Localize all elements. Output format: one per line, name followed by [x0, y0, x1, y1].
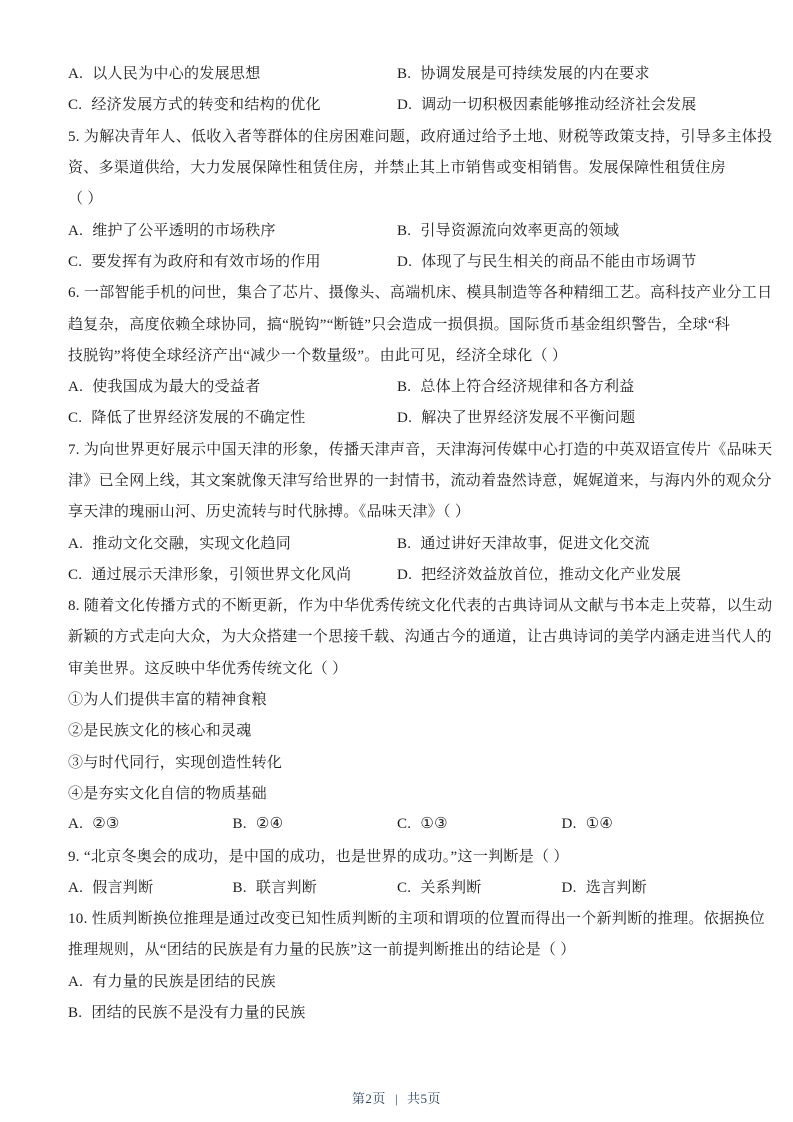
option-a: A.推动文化交融，实现文化趋同 [68, 532, 397, 553]
options-row: A.使我国成为最大的受益者B.总体上符合经济规律和各方利益 [68, 370, 726, 401]
option-text: ①③ [420, 816, 448, 832]
option-text: 选言判断 [586, 880, 647, 896]
option-text: 把经济效益放首位，推动文化产业发展 [421, 567, 681, 583]
question-text-line: 审美世界。这反映中华优秀传统文化（ ） [68, 652, 726, 683]
option-b: B.总体上符合经济规律和各方利益 [397, 375, 726, 396]
option-d: D.把经济效益放首位，推动文化产业发展 [397, 563, 726, 584]
options-row: A.维护了公平透明的市场秩序B.引导资源流向效率更高的领域 [68, 213, 726, 244]
options-row: A.推动文化交融，实现文化趋同B.通过讲好天津故事，促进文化交流 [68, 526, 726, 557]
option-label: A. [68, 816, 83, 832]
option-text: 调动一切积极因素能够推动经济社会发展 [421, 97, 696, 113]
option-text: 要发挥有为政府和有效市场的作用 [91, 254, 321, 270]
option-label: C. [397, 816, 411, 832]
option-d: D.调动一切积极因素能够推动经济社会发展 [397, 93, 726, 114]
question-text-line: 资、多渠道供给，大力发展保障性租赁住房，并禁止其上市销售或变相销售。发展保障性租… [68, 151, 726, 182]
option-text: 引导资源流向效率更高的领域 [420, 223, 619, 239]
option-a: A.有力量的民族是团结的民族 [68, 970, 726, 991]
option-label: D. [562, 816, 577, 832]
option-label: D. [397, 567, 412, 583]
option-a: A.使我国成为最大的受益者 [68, 375, 397, 396]
option-d: D.体现了与民生相关的商品不能由市场调节 [397, 250, 726, 271]
options-row: A.②③B.②④C.①③D.①④ [68, 808, 726, 839]
option-c: C.关系判断 [397, 876, 562, 897]
option-text: 假言判断 [92, 880, 153, 896]
option-text: 以人民为中心的发展思想 [92, 66, 260, 82]
option-b: B.②④ [233, 814, 398, 833]
option-text: ②④ [256, 816, 284, 832]
question-text-line: （ ） [68, 182, 726, 213]
option-label: B. [397, 536, 411, 552]
option-label: B. [68, 1005, 82, 1021]
option-b: B.协调发展是可持续发展的内在要求 [397, 62, 726, 83]
option-text: 团结的民族不是没有力量的民族 [91, 1005, 305, 1021]
option-label: A. [68, 536, 83, 552]
option-label: D. [562, 880, 577, 896]
footer-page-number: 第2页 [352, 1091, 386, 1106]
option-label: A. [68, 223, 83, 239]
option-text: 有力量的民族是团结的民族 [92, 974, 276, 990]
options-row: A.有力量的民族是团结的民族 [68, 965, 726, 996]
option-text: 推动文化交融，实现文化趋同 [92, 536, 291, 552]
option-b: B.团结的民族不是没有力量的民族 [68, 1001, 726, 1022]
option-label: C. [68, 410, 82, 426]
exam-questions-content: A.以人民为中心的发展思想B.协调发展是可持续发展的内在要求C.经济发展方式的转… [68, 57, 726, 1027]
option-label: C. [397, 880, 411, 896]
option-text: ②③ [92, 816, 120, 832]
option-text: 使我国成为最大的受益者 [92, 379, 260, 395]
option-d: D.①④ [562, 814, 727, 833]
option-label: B. [397, 66, 411, 82]
option-text: 协调发展是可持续发展的内在要求 [420, 66, 650, 82]
option-text: 总体上符合经济规律和各方利益 [420, 379, 634, 395]
options-row: B.团结的民族不是没有力量的民族 [68, 996, 726, 1027]
options-row: C.降低了世界经济发展的不确定性D.解决了世界经济发展不平衡问题 [68, 401, 726, 432]
option-a: A.以人民为中心的发展思想 [68, 62, 397, 83]
option-a: A.假言判断 [68, 876, 233, 897]
options-row: C.通过展示天津形象，引领世界文化风尚D.把经济效益放首位，推动文化产业发展 [68, 558, 726, 589]
options-row: A.假言判断B.联言判断C.关系判断D.选言判断 [68, 871, 726, 902]
option-b: B.联言判断 [233, 876, 398, 897]
option-c: C.经济发展方式的转变和结构的优化 [68, 93, 397, 114]
option-label: A. [68, 379, 83, 395]
option-label: C. [68, 254, 82, 270]
option-label: A. [68, 974, 83, 990]
option-text: 解决了世界经济发展不平衡问题 [421, 410, 635, 426]
footer-total-pages: 共5页 [407, 1091, 441, 1106]
option-d: D.选言判断 [562, 876, 727, 897]
option-label: B. [233, 816, 247, 832]
question-text-line: ①为人们提供丰富的精神食粮 [68, 683, 726, 714]
question-text-line: 新颖的方式走向大众，为大众搭建一个思接千载、沟通古今的通道，让古典诗词的美学内涵… [68, 620, 726, 651]
question-text-line: ④是夯实文化自信的物质基础 [68, 777, 726, 808]
page-footer: 第2页|共5页 [0, 1088, 793, 1107]
options-row: C.经济发展方式的转变和结构的优化D.调动一切积极因素能够推动经济社会发展 [68, 88, 726, 119]
option-c: C.要发挥有为政府和有效市场的作用 [68, 250, 397, 271]
options-row: A.以人民为中心的发展思想B.协调发展是可持续发展的内在要求 [68, 57, 726, 88]
option-label: C. [68, 567, 82, 583]
option-label: A. [68, 880, 83, 896]
option-text: 降低了世界经济发展的不确定性 [91, 410, 305, 426]
exam-paper-page: A.以人民为中心的发展思想B.协调发展是可持续发展的内在要求C.经济发展方式的转… [0, 0, 793, 1122]
question-text-line: 8. 随着文化传播方式的不断更新，作为中华优秀传统文化代表的古典诗词从文献与书本… [68, 589, 726, 620]
option-a: A.维护了公平透明的市场秩序 [68, 219, 397, 240]
question-text-line: ②是民族文化的核心和灵魂 [68, 714, 726, 745]
option-b: B.通过讲好天津故事，促进文化交流 [397, 532, 726, 553]
option-label: C. [68, 97, 82, 113]
option-label: B. [397, 379, 411, 395]
question-text-line: 7. 为向世界更好展示中国天津的形象，传播天津声音，天津海河传媒中心打造的中英双… [68, 433, 726, 464]
question-text-line: 10. 性质判断换位推理是通过改变已知性质判断的主项和谓项的位置而得出一个新判断… [68, 902, 726, 933]
option-text: 通过展示天津形象，引领世界文化风尚 [91, 567, 351, 583]
option-d: D.解决了世界经济发展不平衡问题 [397, 406, 726, 427]
question-text-line: 9. “北京冬奥会的成功，是中国的成功，也是世界的成功。”这一判断是（ ） [68, 839, 726, 870]
option-label: B. [397, 223, 411, 239]
question-text-line: 6. 一部智能手机的问世，集合了芯片、摄像头、高端机床、模具制造等各种精细工艺。… [68, 276, 726, 307]
question-text-line: ③与时代同行，实现创造性转化 [68, 746, 726, 777]
question-text-line: 趋复杂，高度依赖全球协同，搞“脱钩”“断链”只会造成一损俱损。国际货币基金组织警… [68, 307, 726, 338]
question-text-line: 推理规则，从“团结的民族是有力量的民族”这一前提判断推出的结论是（ ） [68, 933, 726, 964]
question-text-line: 技脱钩”将使全球经济产出“减少一个数量级”。由此可见，经济全球化（ ） [68, 339, 726, 370]
option-text: 维护了公平透明的市场秩序 [92, 223, 276, 239]
option-label: D. [397, 254, 412, 270]
option-text: 体现了与民生相关的商品不能由市场调节 [421, 254, 696, 270]
option-text: ①④ [586, 816, 614, 832]
option-b: B.引导资源流向效率更高的领域 [397, 219, 726, 240]
option-a: A.②③ [68, 814, 233, 833]
option-label: D. [397, 410, 412, 426]
option-label: A. [68, 66, 83, 82]
option-c: C.通过展示天津形象，引领世界文化风尚 [68, 563, 397, 584]
footer-separator: | [395, 1091, 398, 1106]
question-text-line: 享天津的瑰丽山河、历史流转与时代脉搏。《品味天津》（ ） [68, 495, 726, 526]
question-text-line: 5. 为解决青年人、低收入者等群体的住房困难问题，政府通过给予土地、财税等政策支… [68, 120, 726, 151]
question-text-line: 津》已全网上线，其文案就像天津写给世界的一封情书，流动着盎然诗意，娓娓道来，与海… [68, 464, 726, 495]
option-text: 联言判断 [256, 880, 317, 896]
option-c: C.①③ [397, 814, 562, 833]
option-c: C.降低了世界经济发展的不确定性 [68, 406, 397, 427]
option-label: B. [233, 880, 247, 896]
options-row: C.要发挥有为政府和有效市场的作用D.体现了与民生相关的商品不能由市场调节 [68, 245, 726, 276]
option-text: 关系判断 [420, 880, 481, 896]
option-text: 通过讲好天津故事，促进文化交流 [420, 536, 650, 552]
option-label: D. [397, 97, 412, 113]
option-text: 经济发展方式的转变和结构的优化 [91, 97, 321, 113]
